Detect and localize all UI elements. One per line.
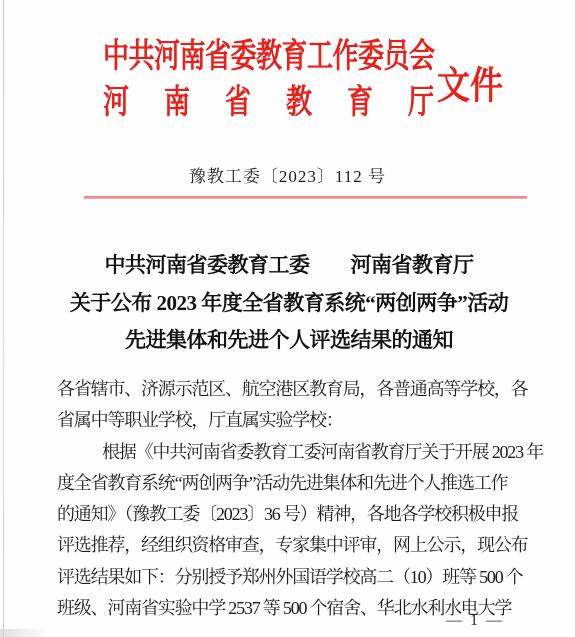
paragraph-line-1: 根据《中共河南省委教育工委河南省教育厅关于开展 2023 年 [57,437,527,468]
paragraph-line-4: 评选推荐，经组织资格审查，专家集中评审，网上公示，现公布 [57,530,527,561]
scan-edge-artifact [3,0,4,637]
document-title-line-1: 中共河南省委教育工委 河南省教育厅 [54,247,524,285]
paragraph-line-5: 评选结果如下：分别授予郑州外国语学校高二（10）班等 500 个 [57,562,527,593]
letterhead-org-line-2: 河 南 省 教 育 厅 [103,76,439,123]
red-separator-line [84,196,527,199]
letterhead-doc-type-label: 文件 [437,56,503,110]
salutation-line-1: 各省辖市、济源示范区、航空港区教育局，各普通高等学校，各 [57,374,527,405]
salutation-line-2: 省属中等职业学校，厅直属实验学校： [57,405,527,436]
document-body: 各省辖市、济源示范区、航空港区教育局，各普通高等学校，各 省属中等职业学校，厅直… [57,374,527,624]
paragraph-line-2: 度全省教育系统“两创两争”活动先进集体和先进个人推选工作 [57,468,527,499]
scan-corner-artifact [0,629,46,637]
document-title: 中共河南省委教育工委 河南省教育厅 关于公布 2023 年度全省教育系统“两创两… [54,247,524,360]
document-number: 豫教工委〔2023〕112 号 [0,162,575,187]
document-title-line-3: 先进集体和先进个人评选结果的通知 [54,322,524,360]
paragraph-line-3: 的通知》（豫教工委〔2023〕36 号）精神，各地各学校积极申报 [57,499,527,530]
document-page: 中共河南省委教育工作委员会 河 南 省 教 育 厅 文件 豫教工委〔2023〕1… [0,0,575,637]
letterhead-org-line-1: 中共河南省委教育工作委员会 [103,30,435,77]
page-number: — 1 — [446,612,504,630]
document-title-line-2: 关于公布 2023 年度全省教育系统“两创两争”活动 [54,285,524,323]
